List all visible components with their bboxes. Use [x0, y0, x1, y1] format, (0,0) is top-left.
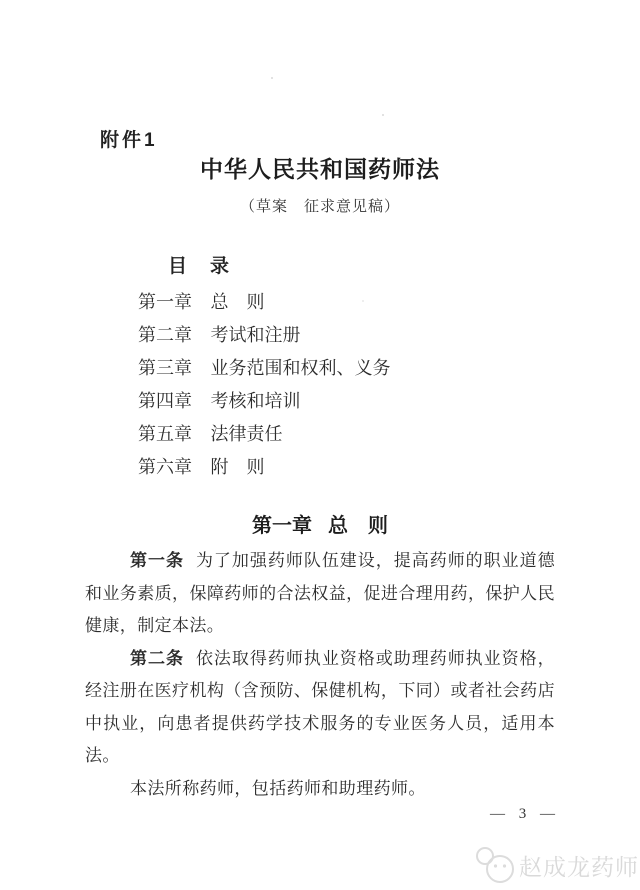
- article-label: 第一条: [130, 551, 184, 570]
- article-paragraph-3: 本法所称药师，包括药师和助理药师。: [85, 773, 555, 806]
- toc-chapter-title: 法律责任: [211, 424, 283, 444]
- toc-chapter-number: 第三章: [138, 358, 192, 378]
- watermark-text: 赵成龙药师: [519, 849, 639, 882]
- chat-face-logo-icon: [474, 845, 516, 885]
- toc-item: 第一章 总 则: [85, 286, 555, 319]
- article-label: 第二条: [130, 649, 184, 668]
- toc-chapter-title: 考试和注册: [211, 325, 301, 345]
- toc-list: 第一章 总 则 第二章 考试和注册 第三章 业务范围和权利、义务 第四章 考核和…: [85, 286, 555, 484]
- chapter-heading: 第一章总 则: [0, 509, 640, 538]
- chapter-body: 第一条为了加强药师队伍建设，提高药师的职业道德和业务素质，保障药师的合法权益，促…: [85, 545, 555, 805]
- toc-chapter-title: 附 则: [211, 457, 265, 477]
- scan-speck: [271, 77, 273, 79]
- toc-item: 第六章 附 则: [85, 451, 555, 484]
- scan-speck: [382, 114, 384, 116]
- document-page: 附件1 中华人民共和国药师法 （草案 征求意见稿） 目 录 第一章 总 则 第二…: [0, 0, 640, 890]
- toc-chapter-title: 总 则: [211, 292, 265, 312]
- toc-item: 第三章 业务范围和权利、义务: [85, 352, 555, 385]
- toc-chapter-number: 第二章: [138, 325, 192, 345]
- toc-item: 第五章 法律责任: [85, 418, 555, 451]
- chapter-number: 第一章: [252, 515, 312, 537]
- toc-chapter-number: 第六章: [138, 457, 192, 477]
- chapter-name: 总 则: [328, 515, 388, 537]
- page-number: — 3 —: [490, 806, 560, 823]
- toc-chapter-title: 业务范围和权利、义务: [211, 358, 391, 378]
- table-of-contents: 目 录 第一章 总 则 第二章 考试和注册 第三章 业务范围和权利、义务 第四章…: [85, 256, 555, 484]
- document-title: 中华人民共和国药师法: [0, 151, 640, 184]
- toc-item: 第四章 考核和培训: [85, 385, 555, 418]
- toc-item: 第二章 考试和注册: [85, 319, 555, 352]
- article-paragraph-1: 第一条为了加强药师队伍建设，提高药师的职业道德和业务素质，保障药师的合法权益，促…: [85, 545, 555, 643]
- article-paragraph-2: 第二条依法取得药师执业资格或助理药师执业资格，经注册在医疗机构（含预防、保健机构…: [85, 643, 555, 773]
- article-text: 本法所称药师，包括药师和助理药师。: [130, 779, 426, 798]
- toc-heading: 目 录: [168, 256, 555, 278]
- attachment-label: 附件1: [100, 125, 158, 152]
- toc-chapter-number: 第一章: [138, 292, 192, 312]
- toc-chapter-number: 第五章: [138, 424, 192, 444]
- document-subtitle: （草案 征求意见稿）: [0, 195, 640, 216]
- toc-chapter-title: 考核和培训: [211, 391, 301, 411]
- watermark: 赵成龙药师: [474, 845, 639, 885]
- toc-chapter-number: 第四章: [138, 391, 192, 411]
